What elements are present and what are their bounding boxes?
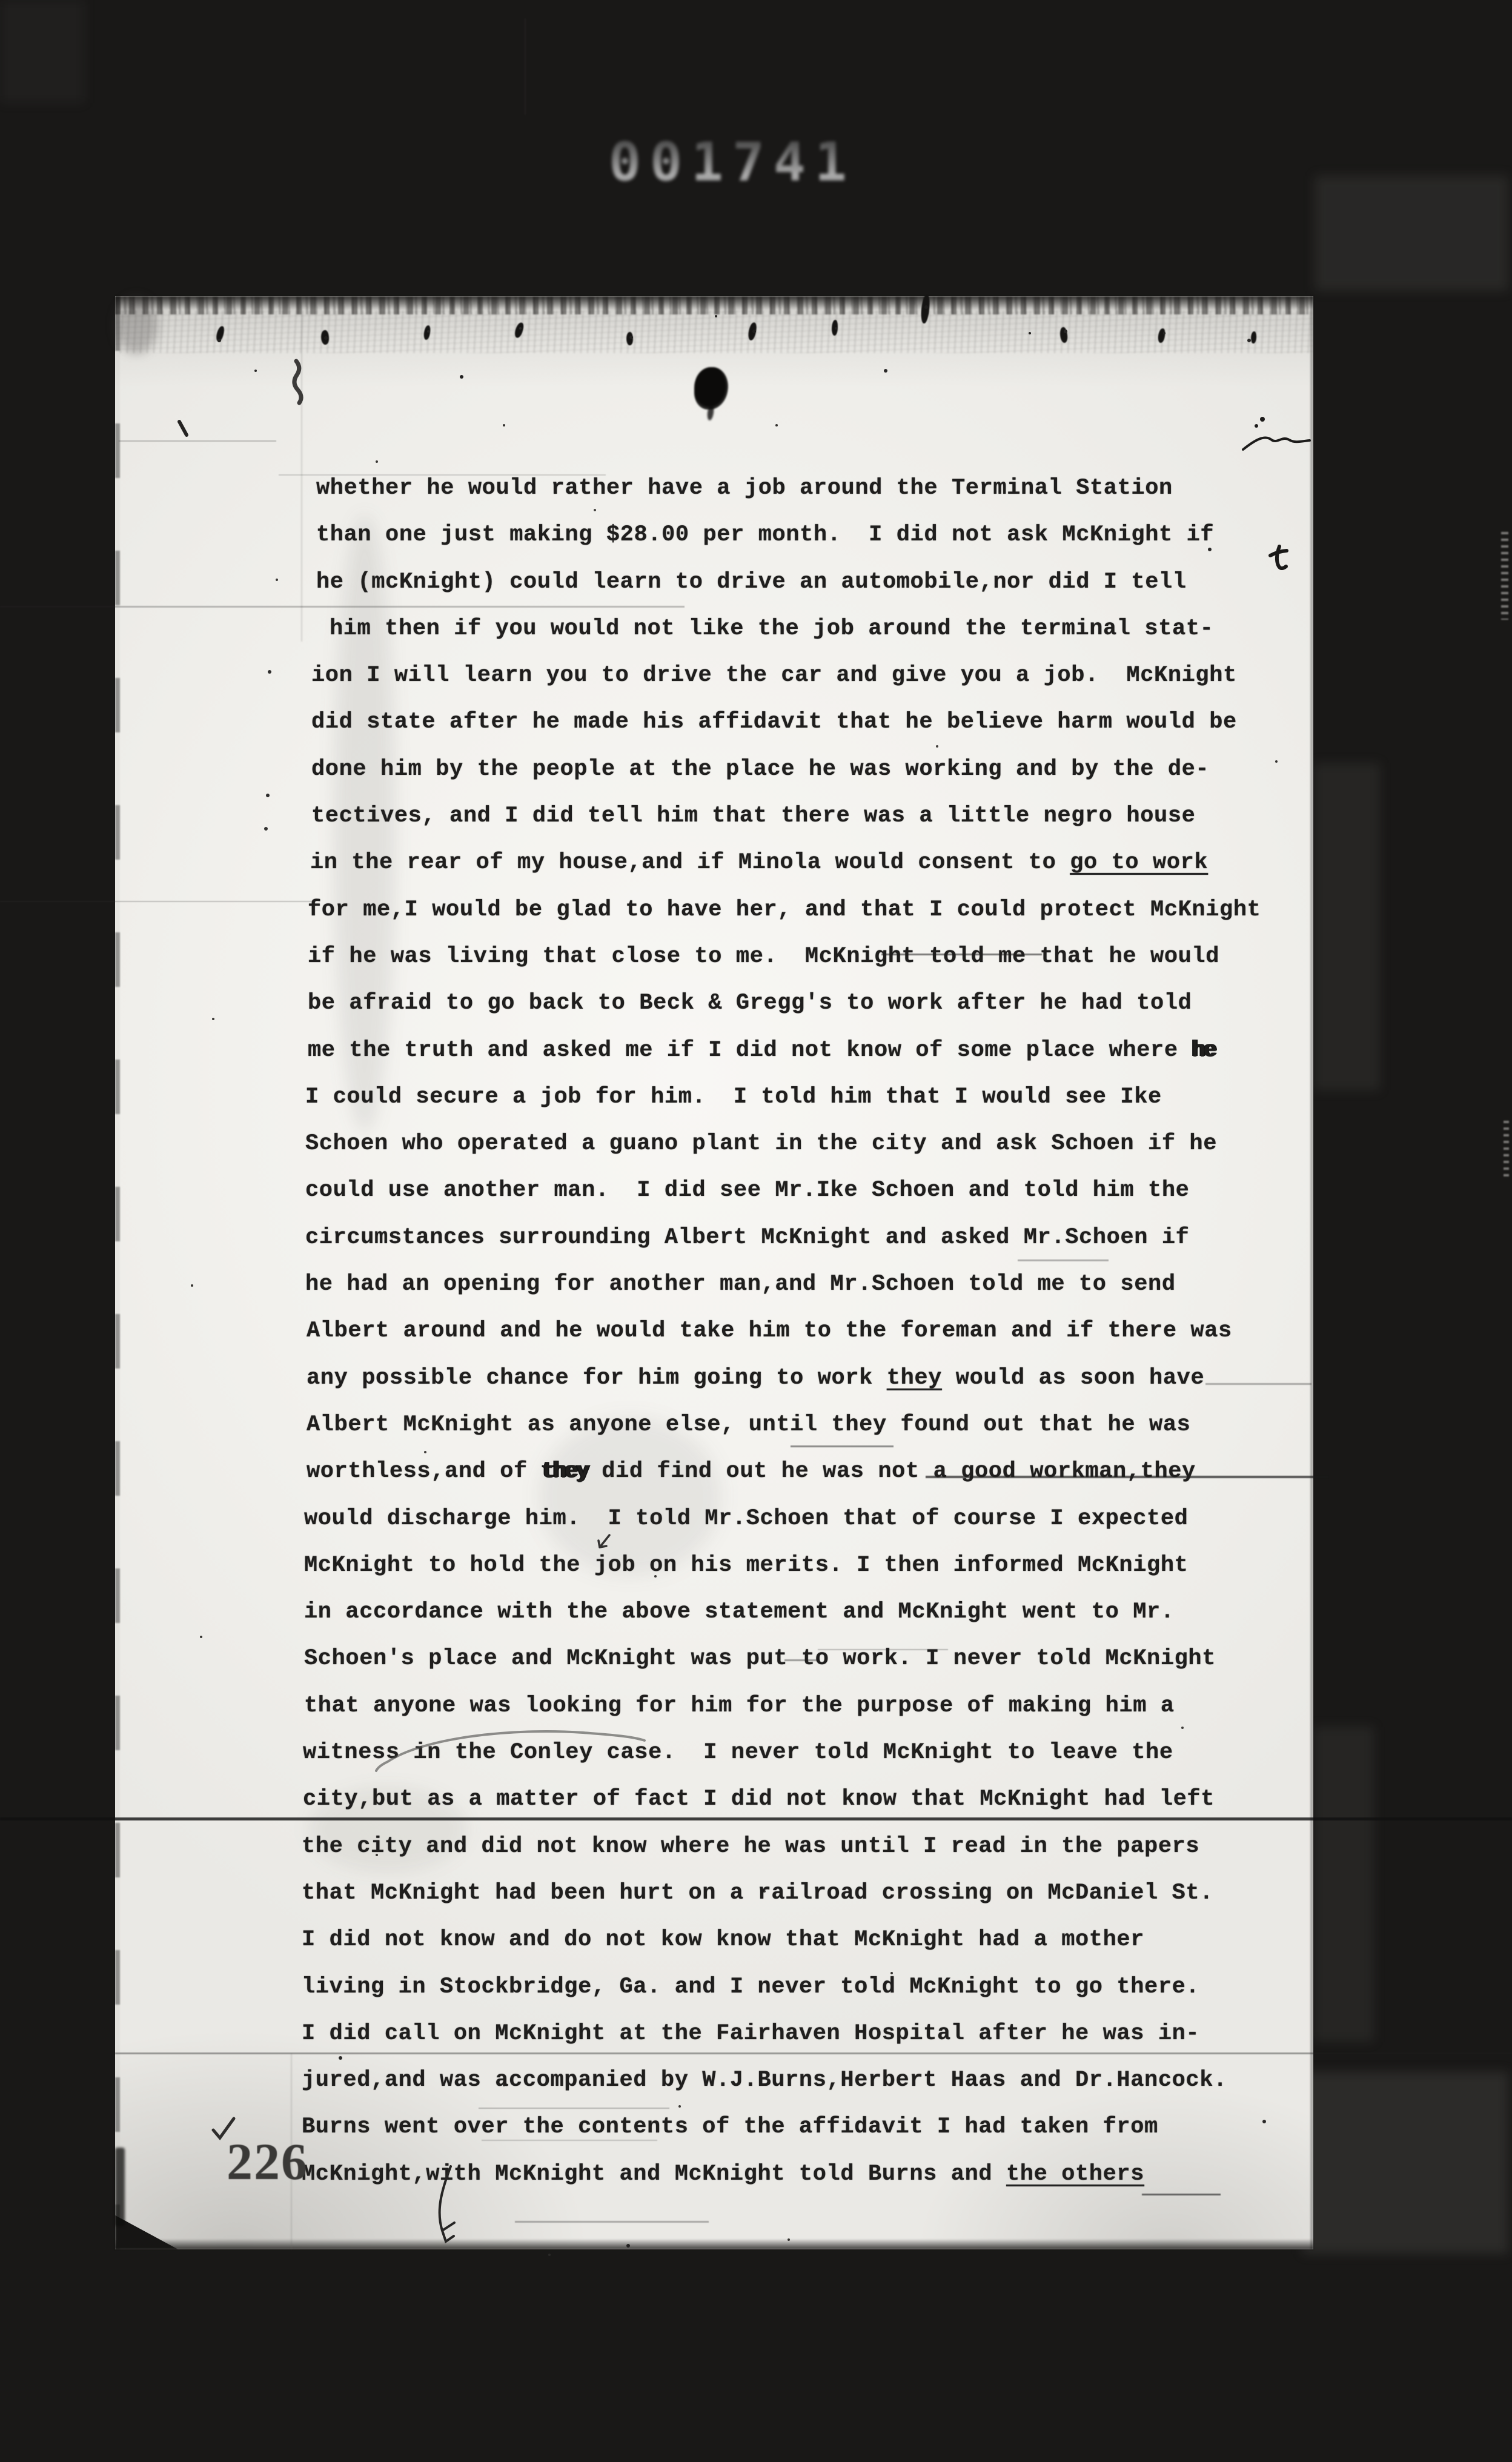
pen-tick <box>179 422 187 435</box>
pen-dot <box>1255 424 1258 428</box>
pencil-swirl <box>376 1731 645 1771</box>
ink-streak <box>294 361 301 403</box>
pen-mark <box>1270 546 1287 568</box>
pen-arrow <box>598 1535 609 1547</box>
pen-dot <box>1260 417 1265 422</box>
handwritten-marks <box>0 0 1512 2462</box>
pen-scrawl <box>1243 437 1310 450</box>
checkmark-icon <box>213 2119 234 2138</box>
pen-squiggle <box>440 2166 454 2241</box>
scanned-document-photo: 001741 <box>0 0 1512 2462</box>
